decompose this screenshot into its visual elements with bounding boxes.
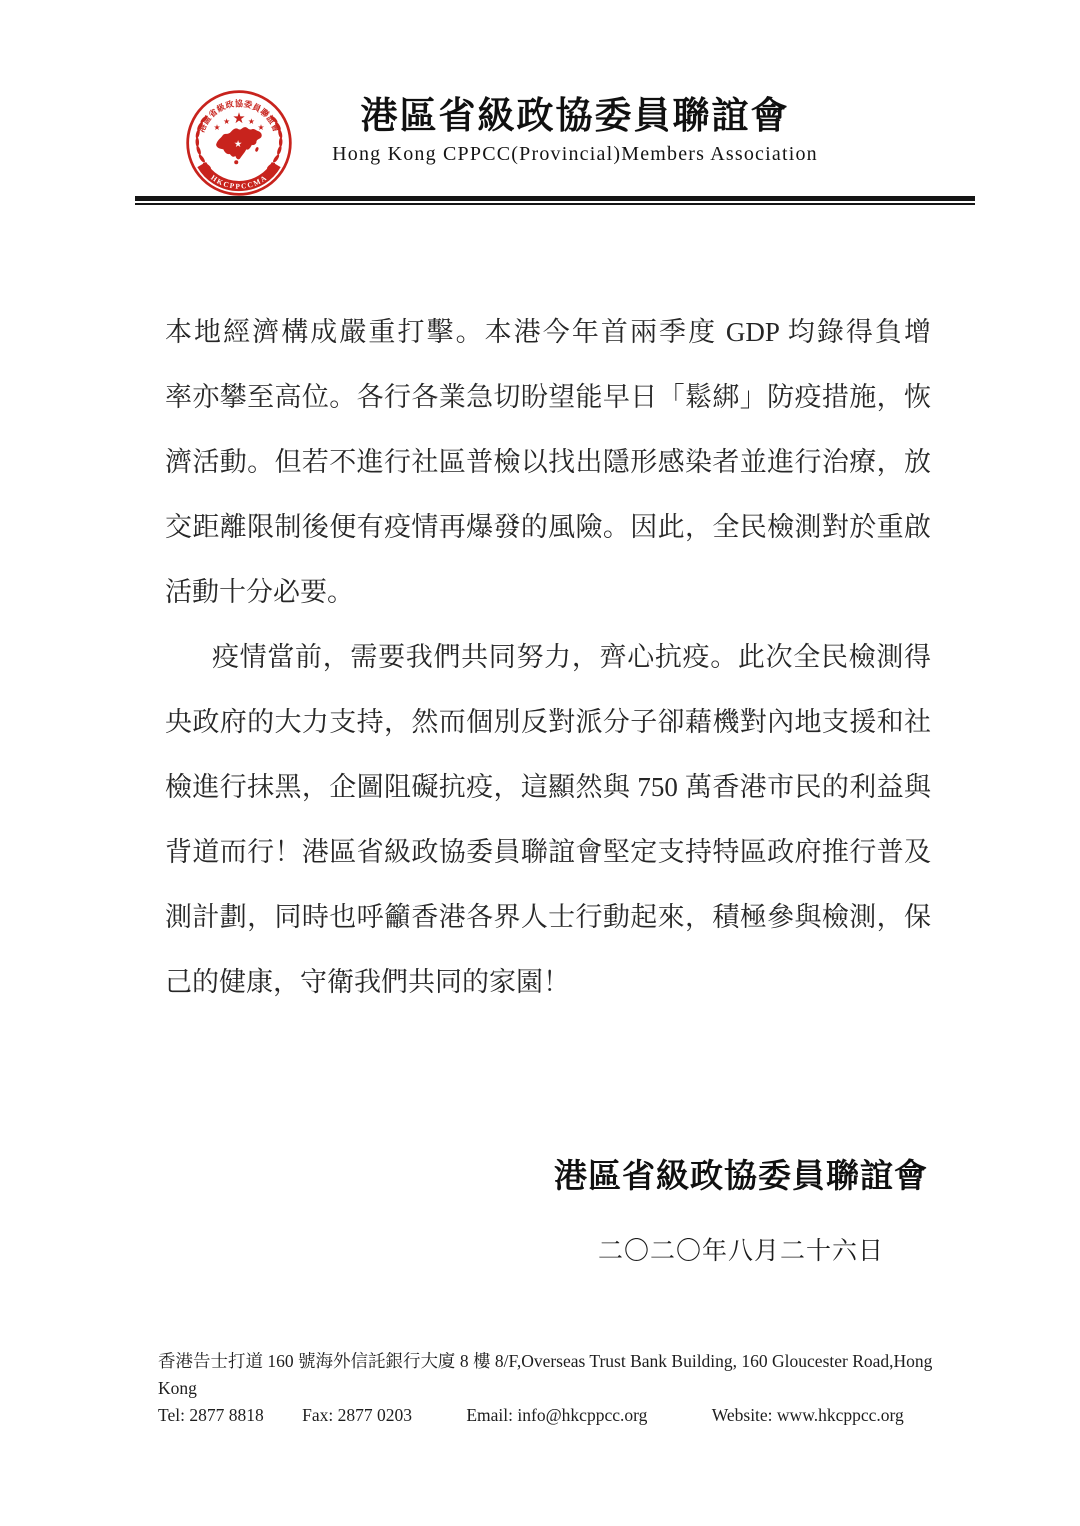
letter-footer: 香港告士打道 160 號海外信託銀行大廈 8 樓 8/F,Overseas Tr… [158, 1348, 958, 1429]
footer-website: Website: www.hkcppcc.org [712, 1402, 904, 1429]
body-line: 交距離限制後便有疫情再爆發的風險。因此，全民檢測對於重啟經濟 [165, 495, 931, 560]
footer-fax: Fax: 2877 0203 [302, 1402, 412, 1429]
org-title-en: Hong Kong CPPCC(Provincial)Members Assoc… [280, 143, 870, 166]
letter-body: 本地經濟構成嚴重打擊。本港今年首兩季度 GDP 均錄得負增長，失業 率亦攀至高位… [165, 300, 931, 1015]
footer-tel: Tel: 2877 8818 [158, 1402, 264, 1429]
association-emblem-icon: 港區省級政協委員聯誼會 [184, 88, 294, 198]
footer-email: Email: info@hkcppcc.org [466, 1402, 647, 1429]
body-line: 測計劃，同時也呼籲香港各界人士行動起來，積極參與檢測，保護自 [165, 885, 931, 950]
body-line: 活動十分必要。 [165, 560, 931, 625]
body-line: 本地經濟構成嚴重打擊。本港今年首兩季度 GDP 均錄得負增長，失業 [165, 300, 931, 365]
body-line: 央政府的大力支持，然而個別反對派分子卻藉機對內地支援和社區普 [165, 690, 931, 755]
org-title-zh: 港區省級政協委員聯誼會 [280, 94, 870, 140]
footer-address: 香港告士打道 160 號海外信託銀行大廈 8 樓 8/F,Overseas Tr… [158, 1348, 958, 1402]
signature-date: 二〇二〇年八月二十六日 [516, 1231, 966, 1267]
body-line: 率亦攀至高位。各行各業急切盼望能早日「鬆綁」防疫措施，恢復經 [165, 365, 931, 430]
header-divider [135, 196, 975, 205]
letterhead: 港區省級政協委員聯誼會 Hong Kong CPPCC(Provincial)M… [280, 94, 870, 166]
body-line: 背道而行！港區省級政協委員聯誼會堅定支持特區政府推行普及檢 [165, 820, 931, 885]
body-line: 己的健康，守衛我們共同的家園！ [165, 950, 931, 1015]
signature-org: 港區省級政協委員聯誼會 [516, 1150, 966, 1197]
body-line: 檢進行抹黑，企圖阻礙抗疫，這顯然與 750 萬香港市民的利益與福祉 [165, 755, 931, 820]
body-line: 疫情當前，需要我們共同努力，齊心抗疫。此次全民檢測得到中 [165, 625, 931, 690]
signature-block: 港區省級政協委員聯誼會 二〇二〇年八月二十六日 [516, 1150, 966, 1267]
letter-page: 港區省級政協委員聯誼會 [0, 0, 1080, 1526]
footer-contacts: Tel: 2877 8818 Fax: 2877 0203 Email: inf… [158, 1402, 958, 1429]
body-line: 濟活動。但若不進行社區普檢以找出隱形感染者並進行治療，放開社 [165, 430, 931, 495]
